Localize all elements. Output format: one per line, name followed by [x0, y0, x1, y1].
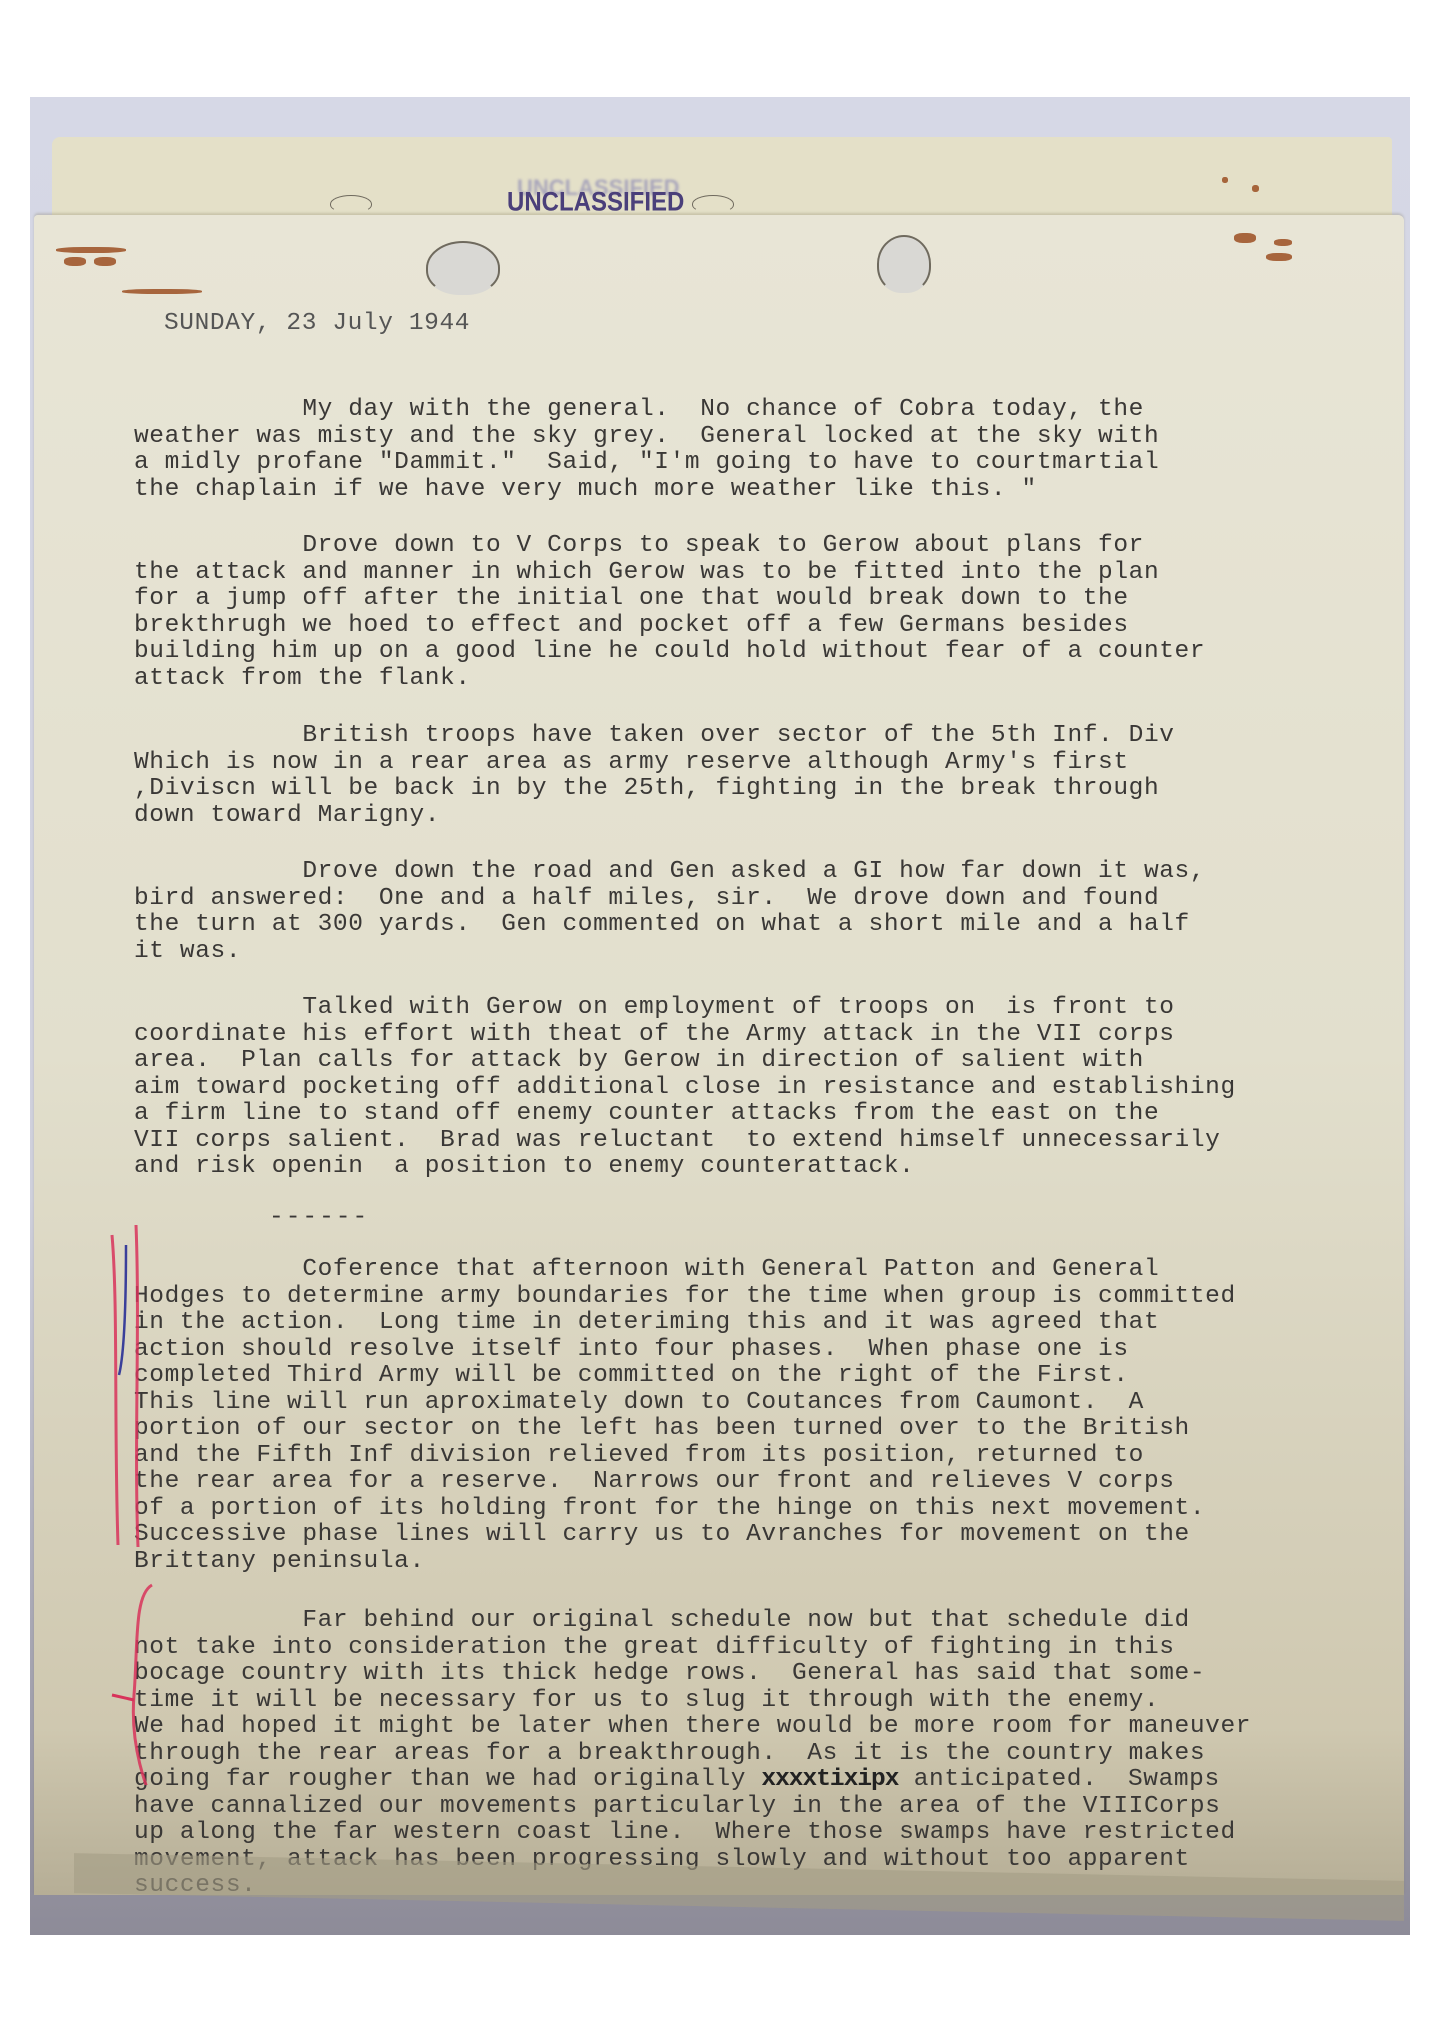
text-line: time it will be necessary for us to slug…: [134, 1688, 1354, 1715]
unclassified-stamp: UNCLASSIFIED: [507, 188, 684, 219]
text-line: Successive phase lines will carry us to …: [134, 1522, 1354, 1549]
text-line: the chaplain if we have very much more w…: [134, 477, 1354, 504]
text-line: Talked with Gerow on employment of troop…: [134, 995, 1354, 1022]
struck-out-word: xxxxtixipx: [761, 1766, 898, 1793]
text-line: up along the far western coast line. Whe…: [134, 1820, 1354, 1847]
text-line: bocage country with its thick hedge rows…: [134, 1661, 1354, 1688]
paragraph: Talked with Gerow on employment of troop…: [134, 995, 1354, 1181]
paragraph: Drove down the road and Gen asked a GI h…: [134, 859, 1354, 965]
text-line: the rear area for a reserve. Narrows our…: [134, 1469, 1354, 1496]
document-photo: UNCLASSIFIED UNCLASSIFIED SUNDAY, 23 Jul…: [30, 97, 1410, 1935]
text-line: ,Diviscn will be back in by the 25th, fi…: [134, 776, 1354, 803]
text-line: British troops have taken over sector of…: [134, 723, 1354, 750]
text-line: portion of our sector on the left has be…: [134, 1416, 1354, 1443]
text-line: success.: [134, 1873, 1354, 1900]
text-line: for a jump off after the initial one tha…: [134, 586, 1354, 613]
text-line: Coference that afternoon with General Pa…: [134, 1257, 1354, 1284]
text-line: aim toward pocketing off additional clos…: [134, 1075, 1354, 1102]
text-line: through the rear areas for a breakthroug…: [134, 1741, 1354, 1768]
text-line: brekthrugh we hoed to effect and pocket …: [134, 613, 1354, 640]
text-line: action should resolve itself into four p…: [134, 1337, 1354, 1364]
diary-page: SUNDAY, 23 July 1944 My day with the gen…: [34, 215, 1404, 1895]
text-line: the attack and manner in which Gerow was…: [134, 560, 1354, 587]
text-line: Which is now in a rear area as army rese…: [134, 750, 1354, 777]
text-line: building him up on a good line he could …: [134, 639, 1354, 666]
paragraph: My day with the general. No chance of Co…: [134, 397, 1354, 503]
text-line: coordinate his effort with theat of the …: [134, 1022, 1354, 1049]
separator: ------: [269, 1205, 369, 1232]
punch-hole-icon: [330, 195, 372, 213]
text-line: Hodges to determine army boundaries for …: [134, 1284, 1354, 1311]
text-line: This line will run aproximately down to …: [134, 1390, 1354, 1417]
text-line: a midly profane "Dammit." Said, "I'm goi…: [134, 450, 1354, 477]
text-line: and the Fifth Inf division relieved from…: [134, 1443, 1354, 1470]
text-line: bird answered: One and a half miles, sir…: [134, 886, 1354, 913]
text-line: completed Third Army will be committed o…: [134, 1363, 1354, 1390]
paragraph-marked: Coference that afternoon with General Pa…: [134, 1257, 1354, 1575]
text-line: We had hoped it might be later when ther…: [134, 1714, 1354, 1741]
text-line: area. Plan calls for attack by Gerow in …: [134, 1048, 1354, 1075]
paragraph: British troops have taken over sector of…: [134, 723, 1354, 829]
typed-text: SUNDAY, 23 July 1944 My day with the gen…: [34, 215, 1404, 1895]
text-line: movement, attack has been progressing sl…: [134, 1847, 1354, 1874]
punch-hole-icon: [692, 195, 734, 213]
text-line: Drove down to V Corps to speak to Gerow …: [134, 533, 1354, 560]
text-line: a firm line to stand off enemy counter a…: [134, 1101, 1354, 1128]
date-line: SUNDAY, 23 July 1944: [164, 311, 470, 338]
text-line: My day with the general. No chance of Co…: [134, 397, 1354, 424]
text-line: VII corps salient. Brad was reluctant to…: [134, 1128, 1354, 1155]
rust-spot: [1252, 185, 1259, 192]
text-line: Far behind our original schedule now but…: [134, 1608, 1354, 1635]
text-line: the turn at 300 yards. Gen commented on …: [134, 912, 1354, 939]
text-line: and risk openin a position to enemy coun…: [134, 1154, 1354, 1181]
text-line: it was.: [134, 939, 1354, 966]
text-line: Drove down the road and Gen asked a GI h…: [134, 859, 1354, 886]
text-line: down toward Marigny.: [134, 803, 1354, 830]
paragraph-marked: Far behind our original schedule now but…: [134, 1608, 1354, 1900]
rust-spot: [1222, 177, 1228, 183]
text-line: Brittany peninsula.: [134, 1549, 1354, 1576]
text-line: attack from the flank.: [134, 666, 1354, 693]
paragraph: Drove down to V Corps to speak to Gerow …: [134, 533, 1354, 692]
text-line: not take into consideration the great di…: [134, 1635, 1354, 1662]
text-line: in the action. Long time in deteriming t…: [134, 1310, 1354, 1337]
text-line: weather was misty and the sky grey. Gene…: [134, 424, 1354, 451]
margin-pencil-marks: [104, 1225, 164, 1785]
text-line: of a portion of its holding front for th…: [134, 1496, 1354, 1523]
text-line: going far rougher than we had originally…: [134, 1767, 1354, 1794]
text-line: have cannalized our movements particular…: [134, 1794, 1354, 1821]
